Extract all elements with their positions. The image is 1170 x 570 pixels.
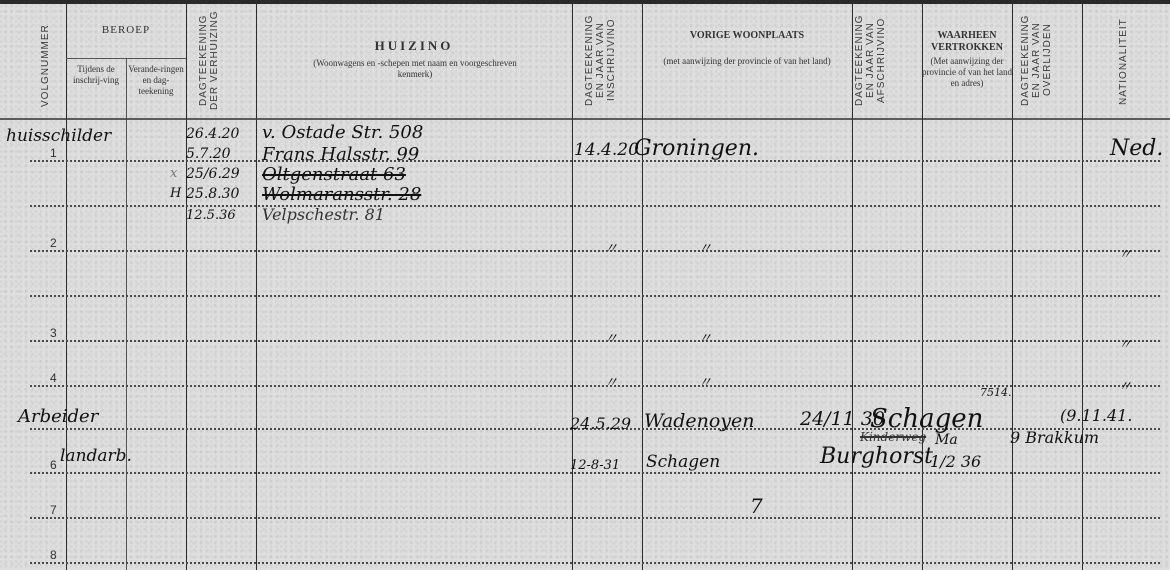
row-number: 7 xyxy=(50,503,57,517)
row-number: 4 xyxy=(50,371,57,385)
col-line xyxy=(256,0,257,570)
move-date: 25/6.29 xyxy=(186,166,240,182)
col-line xyxy=(1082,0,1083,570)
row-line xyxy=(30,517,1160,519)
col-line xyxy=(852,0,853,570)
header-nationaliteit: NATIONALITEIT xyxy=(1118,14,1132,110)
header-dagteekening-overlijden: DAGTEEKENING EN JAAR VAN OVERLIJDEN xyxy=(1020,8,1074,112)
header-dagteekening-afschrijving: DAGTEEKENING EN JAAR VAN AFSCHRIJVINO xyxy=(854,8,918,112)
beroep-row6: landarb. xyxy=(60,446,132,466)
ditto-mark: 〃 xyxy=(604,238,618,258)
col-line xyxy=(1012,0,1013,570)
header-volgnummer: VOLGNUMMER xyxy=(40,20,54,112)
ditto-mark: 〃 xyxy=(698,328,712,348)
row-number: 6 xyxy=(50,458,57,472)
move-date: 25.8.30 xyxy=(186,186,239,202)
extra-mark: 7 xyxy=(750,494,763,518)
col-line xyxy=(126,58,127,570)
waarheen-struck: Kinderweg xyxy=(860,430,926,444)
ditto-mark: 〃 xyxy=(1118,334,1132,354)
waarheen-row6: Burghorst xyxy=(820,444,933,469)
ditto-mark: 〃 xyxy=(698,372,712,392)
header-vorige-woonplaats: VORIGE WOONPLAATS xyxy=(642,30,852,42)
col-line xyxy=(66,0,67,570)
move-address: v. Ostade Str. 508 xyxy=(262,122,423,143)
row-line xyxy=(30,250,1160,252)
move-mark: H xyxy=(170,186,181,201)
move-date: 5.7.20 xyxy=(186,146,231,162)
inschrijving-date: 12-8-31 xyxy=(570,458,620,473)
header-waarheen: WAARHEEN VERTROKKEN xyxy=(922,30,1012,54)
beroep-row5: Arbeider xyxy=(18,406,98,427)
ditto-mark: 〃 xyxy=(1118,376,1132,396)
ditto-mark: 〃 xyxy=(698,238,712,258)
inschrijving-date: 14.4.20 xyxy=(574,140,639,160)
col-line xyxy=(642,0,643,570)
overlijden-note2: 9 Brakkum xyxy=(1010,428,1099,447)
row-number: 1 xyxy=(50,146,57,160)
waarheen-mark: Ma xyxy=(935,432,958,448)
move-address-struck: Wolmaransstr. 28 xyxy=(262,184,421,205)
header-beroep: BEROEP xyxy=(66,24,186,36)
vorige-woonplaats: Wadenoyen xyxy=(644,410,755,432)
header-divider xyxy=(0,118,1170,120)
header-dagteekening-verhuizing: DAGTEEKENING DER VERHUIZING xyxy=(198,8,244,112)
overlijden-note: (9.11.41. xyxy=(1060,406,1132,425)
col-line xyxy=(186,0,187,570)
row-number: 8 xyxy=(50,548,57,562)
vorige-woonplaats: Schagen xyxy=(646,452,720,472)
nationaliteit: Ned. xyxy=(1110,136,1163,161)
ditto-mark: 〃 xyxy=(604,372,618,392)
waarheen-date: 1/2 36 xyxy=(930,452,981,471)
header-beroep-tijdens: Tijdens de inschrij-ving xyxy=(68,64,124,86)
waarheen-extra: 7514. xyxy=(980,386,1012,399)
header-dagteekening-inschrijving: DAGTEEKENING EN JAAR VAN INSCHRIJVINO xyxy=(584,8,630,112)
move-address-struck: Oltgenstraat 63 xyxy=(262,164,406,185)
header-waarheen-sub: (Met aanwijzing der provincie of van het… xyxy=(922,56,1012,89)
header-beroep-veranderingen: Verande-ringen en dag-teekening xyxy=(128,64,184,97)
header-huizing: HUIZINO xyxy=(256,38,572,54)
beroep-row1: huisschilder xyxy=(6,126,111,146)
move-address: Velpschestr. 81 xyxy=(262,205,385,224)
row-line xyxy=(30,295,1160,297)
beroep-divider xyxy=(66,58,186,59)
vorige-woonplaats: Groningen. xyxy=(634,136,759,161)
row-line xyxy=(30,205,1160,207)
inschrijving-date: 24.5.29 xyxy=(570,414,631,433)
row-line xyxy=(30,340,1160,342)
move-mark: x xyxy=(170,166,177,181)
row-number: 3 xyxy=(50,326,57,340)
row-line xyxy=(30,562,1160,564)
move-date: 26.4.20 xyxy=(186,126,239,142)
col-line xyxy=(572,0,573,570)
register-sheet: VOLGNUMMER BEROEP Tijdens de inschrij-vi… xyxy=(0,0,1170,570)
ditto-mark: 〃 xyxy=(1118,244,1132,264)
ditto-mark: 〃 xyxy=(604,328,618,348)
top-border xyxy=(0,0,1170,4)
move-address: Frans Halsstr. 99 xyxy=(262,144,419,165)
header-huizing-sub: (Woonwagens en -schepen met naam en voor… xyxy=(300,58,530,80)
move-date: 12.5.36 xyxy=(186,208,236,223)
header-vorige-sub: (met aanwijzing der provincie of van het… xyxy=(660,56,834,67)
row-number: 2 xyxy=(50,236,57,250)
